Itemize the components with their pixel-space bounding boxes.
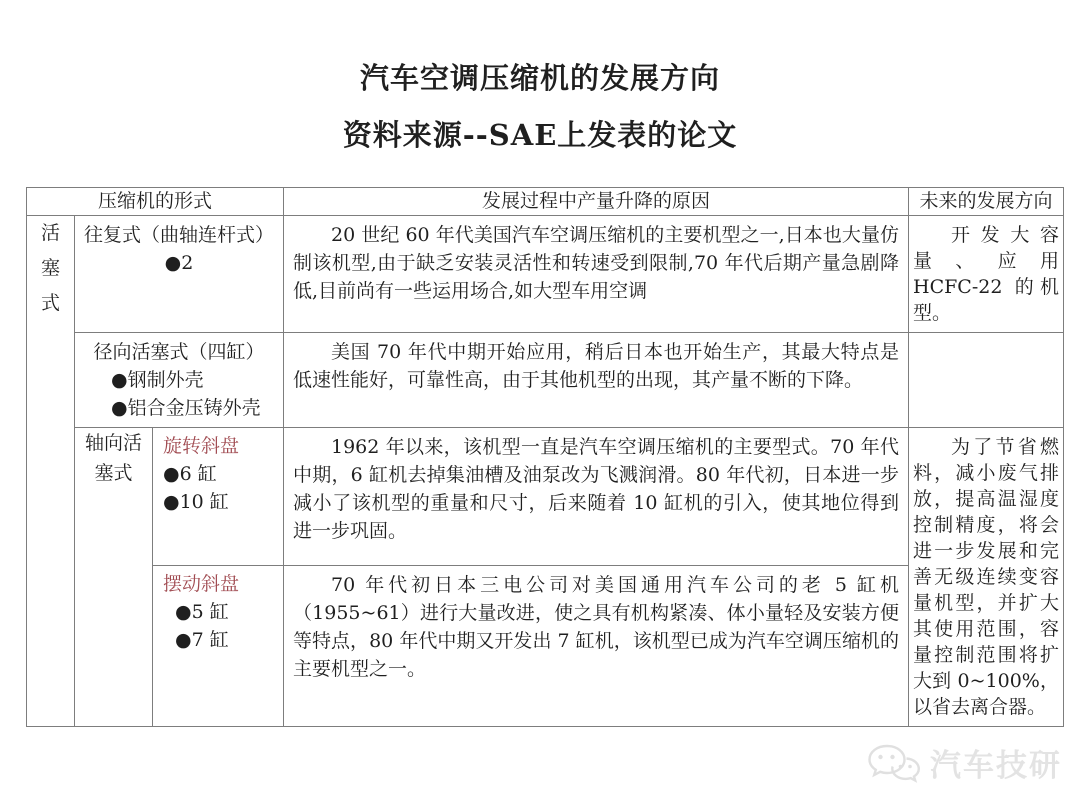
reason-cell-radial: 美国 70 年代中期开始应用，稍后日本也开始生产，其最大特点是低速性能好，可靠性…: [284, 333, 909, 428]
page-title: 汽车空调压缩机的发展方向: [0, 50, 1080, 107]
type-name-reciprocating: 往复式（曲轴连杆式）: [81, 221, 277, 249]
future-text: 开发大容量、应用 HCFC-22 的机型。: [913, 222, 1059, 326]
wechat-logo-icon: [866, 742, 922, 784]
subtype-cell-rotary-swash: 旋转斜盘 ●6 缸 ●10 缸: [153, 428, 284, 566]
reason-text: 1962 年以来，该机型一直是汽车空调压缩机的主要型式。70 年代中期，6 缸机…: [293, 433, 899, 545]
reason-cell-reciprocating: 20 世纪 60 年代美国汽车空调压缩机的主要机型之一,日本也大量仿制该机型,由…: [284, 216, 909, 333]
reason-text: 美国 70 年代中期开始应用，稍后日本也开始生产，其最大特点是低速性能好，可靠性…: [293, 338, 899, 394]
subtype-bullet: ●5 缸: [163, 598, 279, 626]
future-cell-radial-empty: [909, 333, 1064, 428]
type-name-radial: 径向活塞式（四缸）: [81, 338, 277, 366]
column-header-reason: 发展过程中产量升降的原因: [284, 188, 909, 216]
type-bullet: ●铝合金压铸外壳: [111, 394, 277, 422]
subtype-bullet: ●6 缸: [163, 460, 279, 488]
future-text: 为了节省燃料，减小废气排放，提高温湿度控制精度，将会进一步发展和完善无级连续变容…: [913, 434, 1059, 720]
reason-text: 20 世纪 60 年代美国汽车空调压缩机的主要机型之一,日本也大量仿制该机型,由…: [293, 221, 899, 305]
column-header-form: 压缩机的形式: [27, 188, 284, 216]
reason-cell-wobble-plate: 70 年代初日本三电公司对美国通用汽车公司的老 5 缸机（1955~61）进行大…: [284, 565, 909, 726]
type-cell-radial: 径向活塞式（四缸） ●钢制外壳 ●铝合金压铸外壳: [75, 333, 284, 428]
subtype-bullet: ●7 缸: [163, 626, 279, 654]
subtype-name-rotary-swash: 旋转斜盘: [163, 432, 279, 460]
subtype-name-wobble-plate: 摆动斜盘: [163, 570, 279, 598]
row-group-piston-type: 活塞式: [27, 216, 75, 727]
compressor-table: 压缩机的形式 发展过程中产量升降的原因 未来的发展方向 活塞式 往复式（曲轴连杆…: [26, 187, 1064, 727]
future-cell-axial: 为了节省燃料，减小废气排放，提高温湿度控制精度，将会进一步发展和完善无级连续变容…: [909, 428, 1064, 727]
row-group-axial-piston-type: 轴向活塞式: [75, 428, 153, 727]
column-header-future: 未来的发展方向: [909, 188, 1064, 216]
subtype-bullet: ●10 缸: [163, 488, 279, 516]
title-block: 汽车空调压缩机的发展方向 资料来源--SAE上发表的论文: [0, 50, 1080, 164]
type-cell-reciprocating: 往复式（曲轴连杆式） ●2: [75, 216, 284, 333]
type-bullet: ●2: [81, 249, 277, 277]
type-bullet: ●钢制外壳: [111, 366, 277, 394]
page-subtitle: 资料来源--SAE上发表的论文: [0, 107, 1080, 164]
reason-text: 70 年代初日本三电公司对美国通用汽车公司的老 5 缸机（1955~61）进行大…: [293, 571, 899, 683]
reason-cell-rotary-swash: 1962 年以来，该机型一直是汽车空调压缩机的主要型式。70 年代中期，6 缸机…: [284, 428, 909, 566]
watermark: 汽车技研: [866, 740, 1062, 785]
watermark-text: 汽车技研: [930, 740, 1062, 785]
future-cell-reciprocating: 开发大容量、应用 HCFC-22 的机型。: [909, 216, 1064, 333]
subtype-cell-wobble-plate: 摆动斜盘 ●5 缸 ●7 缸: [153, 565, 284, 726]
